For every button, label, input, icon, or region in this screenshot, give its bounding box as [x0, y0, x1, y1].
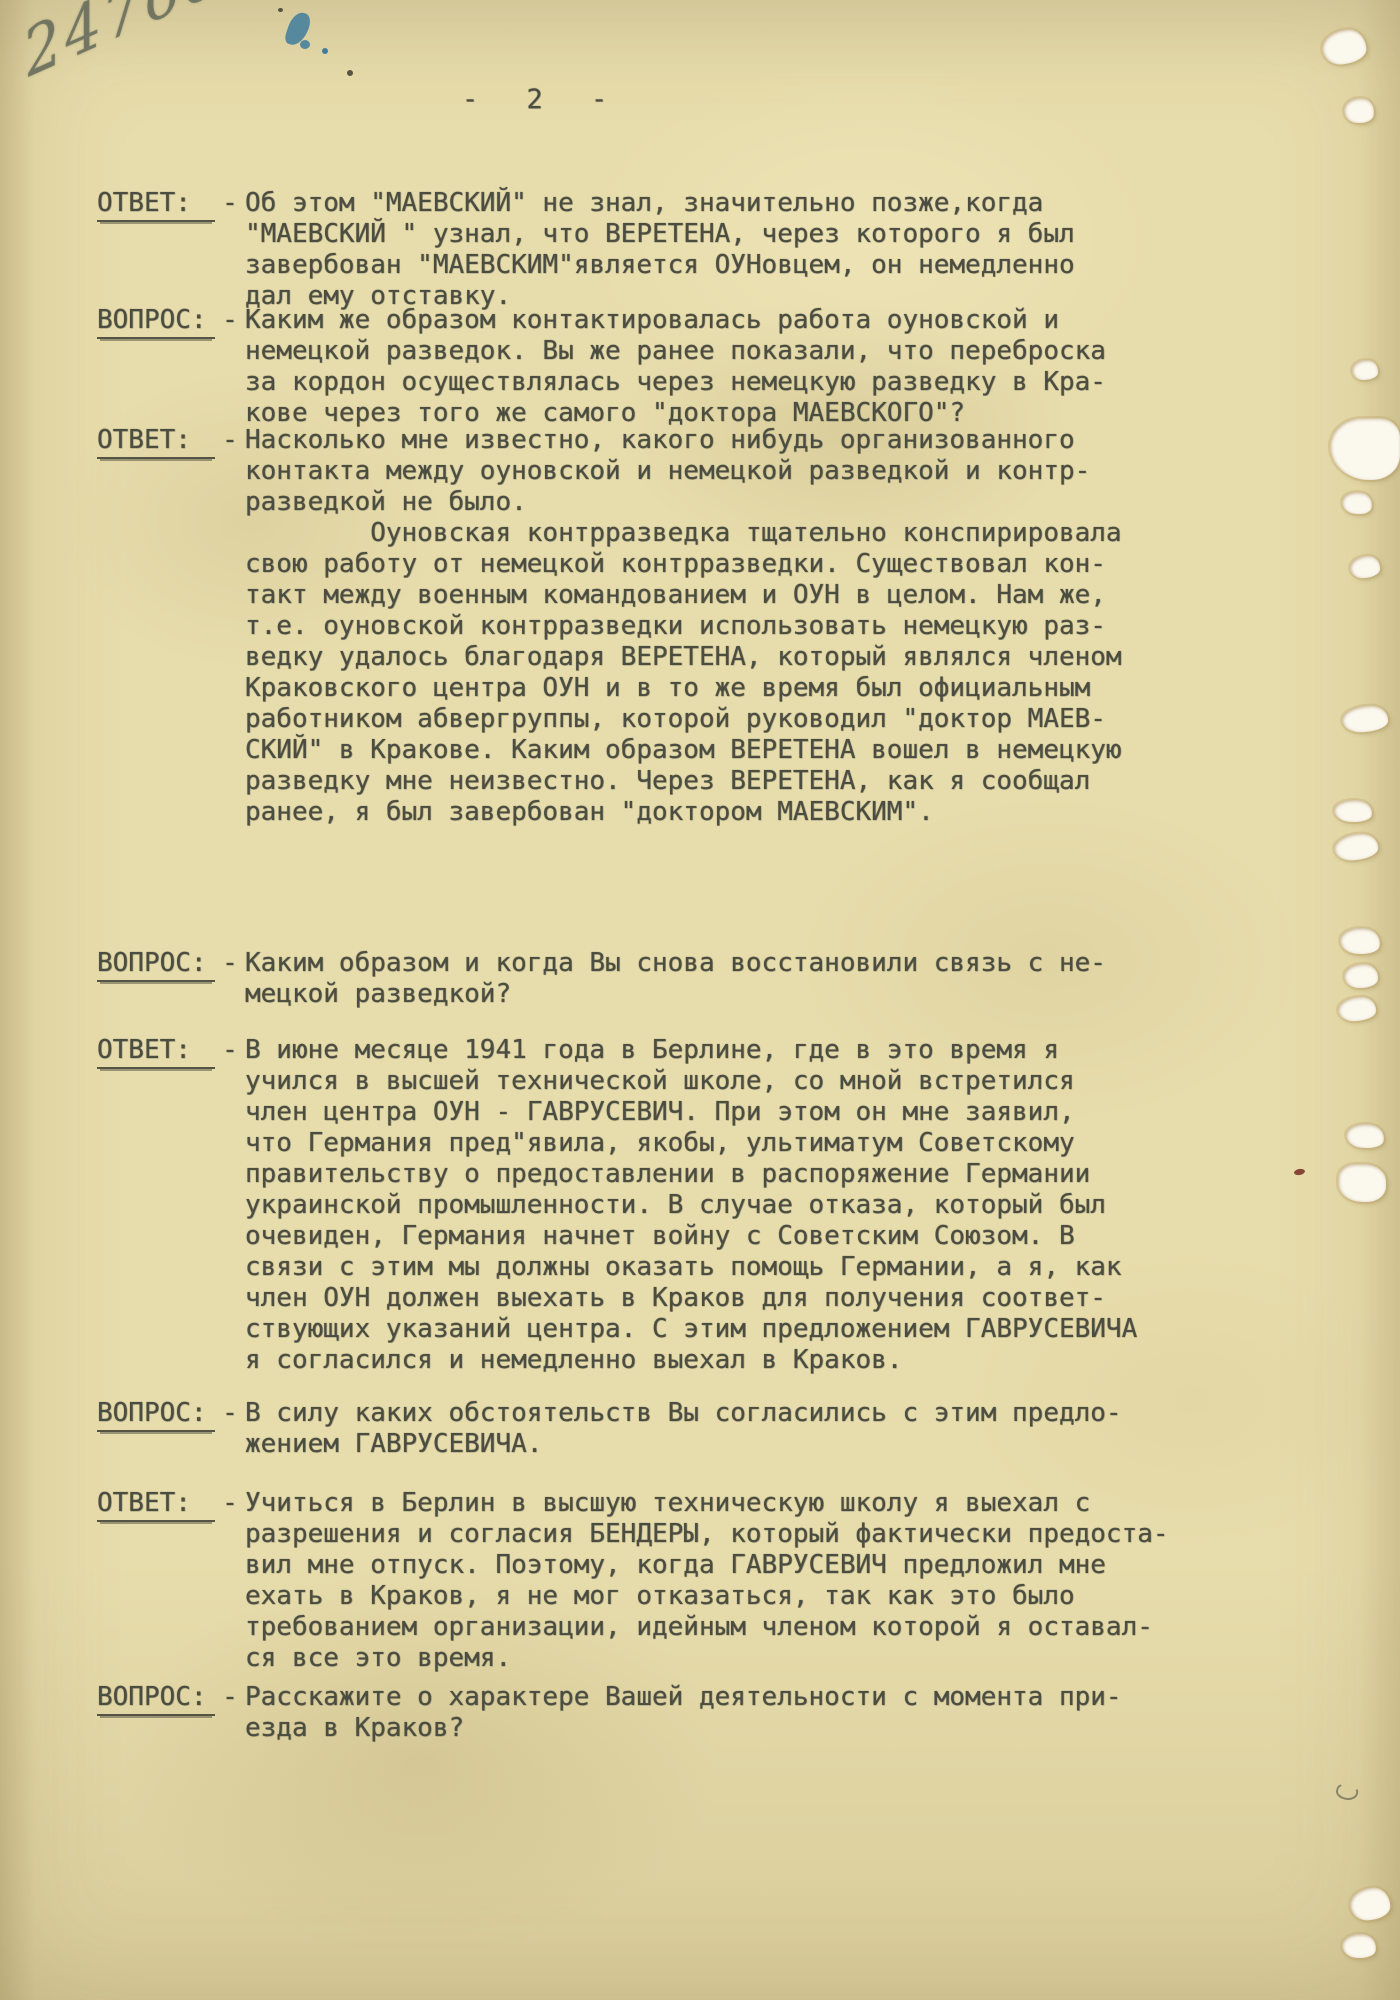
text-line: Каким образом и когда Вы снова восстанов…	[245, 948, 1106, 979]
text-line: мецкой разведкой?	[245, 979, 1106, 1010]
text-line: ведку удалось благодаря ВЕРЕТЕНА, которы…	[245, 642, 1122, 673]
text-line: вил мне отпуск. Поэтому, когда ГАВРУСЕВИ…	[245, 1550, 1169, 1581]
dash: -	[215, 948, 245, 979]
punch-hole	[1337, 996, 1377, 1023]
text-line: ранее, я был завербован "доктором МАЕВСК…	[245, 797, 1122, 828]
answer-text: В июне месяце 1941 года в Берлине, где в…	[245, 1035, 1137, 1376]
dash: -	[215, 188, 245, 219]
text-line: учился в высшей технической школе, со мн…	[245, 1066, 1137, 1097]
dash: -	[215, 1035, 245, 1066]
punch-hole	[1338, 1164, 1386, 1202]
punch-hole	[1341, 490, 1374, 516]
text-line: украинской промышленности. В случае отка…	[245, 1190, 1137, 1221]
punch-hole	[1330, 418, 1400, 480]
dash: -	[215, 425, 245, 456]
punch-hole	[1341, 1933, 1377, 1959]
ink-dot	[322, 48, 328, 54]
text-line: Каким же образом контактировалась работа…	[245, 305, 1106, 336]
punch-hole	[1344, 964, 1378, 988]
punch-hole	[1339, 927, 1381, 956]
pencil-mark	[1334, 1781, 1360, 1803]
text-line: очевиден, Германия начнет войну с Советс…	[245, 1221, 1137, 1252]
text-line: свою работу от немецкой контрразведки. С…	[245, 549, 1122, 580]
text-line: правительству о предоставлении в распоря…	[245, 1159, 1137, 1190]
qa-block-answer-2: ОТВЕТ: - Насколько мне известно, какого …	[97, 425, 1122, 828]
text-line: разведкой не было.	[245, 487, 1122, 518]
text-line: разведку мне неизвестно. Через ВЕРЕТЕНА,…	[245, 766, 1122, 797]
punch-hole	[1341, 704, 1389, 733]
text-line: завербован "МАЕВСКИМ"является ОУНовцем, …	[245, 250, 1075, 281]
text-line: ехать в Краков, я не мог отказаться, так…	[245, 1581, 1169, 1612]
text-line: т.е. оуновской контрразведки использоват…	[245, 611, 1122, 642]
punch-hole	[1320, 27, 1368, 67]
qa-block-answer-3: ОТВЕТ: - В июне месяце 1941 года в Берли…	[97, 1035, 1137, 1376]
text-line: жением ГАВРУСЕВИЧА.	[245, 1429, 1122, 1460]
question-text: Каким образом и когда Вы снова восстанов…	[245, 948, 1106, 1010]
text-line: езда в Краков?	[245, 1713, 1122, 1744]
punch-hole	[1333, 832, 1379, 862]
dash: -	[215, 1682, 245, 1713]
answer-label: ОТВЕТ:	[97, 425, 215, 459]
text-line: такт между военным командованием и ОУН в…	[245, 580, 1122, 611]
question-label: ВОПРОС:	[97, 305, 215, 339]
text-line: работником абвергруппы, которой руководи…	[245, 704, 1122, 735]
text-line: я согласился и немедленно выехал в Крако…	[245, 1345, 1137, 1376]
text-line: за кордон осуществлялась через немецкую …	[245, 367, 1106, 398]
punch-hole	[1352, 360, 1378, 380]
text-line: "МАЕВСКИЙ " узнал, что ВЕРЕТЕНА, через к…	[245, 219, 1075, 250]
text-line: член центра ОУН - ГАВРУСЕВИЧ. При этом о…	[245, 1097, 1137, 1128]
question-label: ВОПРОС:	[97, 948, 215, 982]
text-line: что Германия пред"явила, якобы, ультимат…	[245, 1128, 1137, 1159]
text-line: контакта между оуновской и немецкой разв…	[245, 456, 1122, 487]
text-line: В силу каких обстоятельств Вы согласилис…	[245, 1398, 1122, 1429]
punch-hole	[1345, 1122, 1385, 1149]
text-line: Краковского центра ОУН и в то же время б…	[245, 673, 1122, 704]
dash: -	[215, 1488, 245, 1519]
text-line: Насколько мне известно, какого нибудь ор…	[245, 425, 1122, 456]
text-line: требованием организации, идейным членом …	[245, 1612, 1169, 1643]
punch-hole	[1349, 555, 1381, 580]
text-line: связи с этим мы должны оказать помощь Ге…	[245, 1252, 1137, 1283]
handwritten-page-number: 247об	[18, 0, 226, 92]
question-text: Каким же образом контактировалась работа…	[245, 305, 1106, 429]
qa-block-question-1: ВОПРОС: - Каким же образом контактировал…	[97, 305, 1106, 429]
ink-dot	[347, 70, 353, 76]
answer-text: Учиться в Берлин в высшую техническую шк…	[245, 1488, 1169, 1674]
text-line: ствующих указаний центра. С этим предлож…	[245, 1314, 1137, 1345]
answer-label: ОТВЕТ:	[97, 1035, 215, 1069]
question-label: ВОПРОС:	[97, 1398, 215, 1432]
text-line: немецкой разведок. Вы же ранее показали,…	[245, 336, 1106, 367]
qa-block-answer-4: ОТВЕТ: - Учиться в Берлин в высшую техни…	[97, 1488, 1169, 1674]
answer-text: Об этом "МАЕВСКИЙ" не знал, значительно …	[245, 188, 1075, 312]
text-line: ся все это время.	[245, 1643, 1169, 1674]
page-number: - 2 -	[462, 84, 623, 115]
question-label: ВОПРОС:	[97, 1682, 215, 1716]
dash: -	[215, 305, 245, 336]
punch-hole	[1348, 1886, 1391, 1922]
text-line: В июне месяце 1941 года в Берлине, где в…	[245, 1035, 1137, 1066]
text-line: Расскажите о характере Вашей деятельност…	[245, 1682, 1122, 1713]
text-line: член ОУН должен выехать в Краков для пол…	[245, 1283, 1137, 1314]
red-ink-speck	[1294, 1168, 1306, 1176]
question-text: Расскажите о характере Вашей деятельност…	[245, 1682, 1122, 1744]
answer-text: Насколько мне известно, какого нибудь ор…	[245, 425, 1122, 828]
qa-block-answer-1: ОТВЕТ: - Об этом "МАЕВСКИЙ" не знал, зна…	[97, 188, 1075, 312]
ink-dot	[278, 8, 283, 12]
text-line: СКИЙ" в Кракове. Каким образом ВЕРЕТЕНА …	[245, 735, 1122, 766]
ink-mark	[300, 40, 310, 49]
qa-block-question-2: ВОПРОС: - Каким образом и когда Вы снова…	[97, 948, 1106, 1010]
question-text: В силу каких обстоятельств Вы согласилис…	[245, 1398, 1122, 1460]
text-line: Об этом "МАЕВСКИЙ" не знал, значительно …	[245, 188, 1075, 219]
answer-label: ОТВЕТ:	[97, 188, 215, 222]
punch-hole	[1333, 799, 1372, 823]
answer-label: ОТВЕТ:	[97, 1488, 215, 1522]
punch-hole	[1343, 97, 1375, 125]
qa-block-question-4: ВОПРОС: - Расскажите о характере Вашей д…	[97, 1682, 1122, 1744]
scanned-document-page: 247об - 2 - ОТВЕТ: - Об этом "МАЕВСКИЙ" …	[0, 0, 1400, 2000]
text-line: Учиться в Берлин в высшую техническую шк…	[245, 1488, 1169, 1519]
qa-block-question-3: ВОПРОС: - В силу каких обстоятельств Вы …	[97, 1398, 1122, 1460]
text-line: Оуновская контрразведка тщательно конспи…	[245, 518, 1122, 549]
dash: -	[215, 1398, 245, 1429]
text-line: разрешения и согласия БЕНДЕРЫ, который ф…	[245, 1519, 1169, 1550]
